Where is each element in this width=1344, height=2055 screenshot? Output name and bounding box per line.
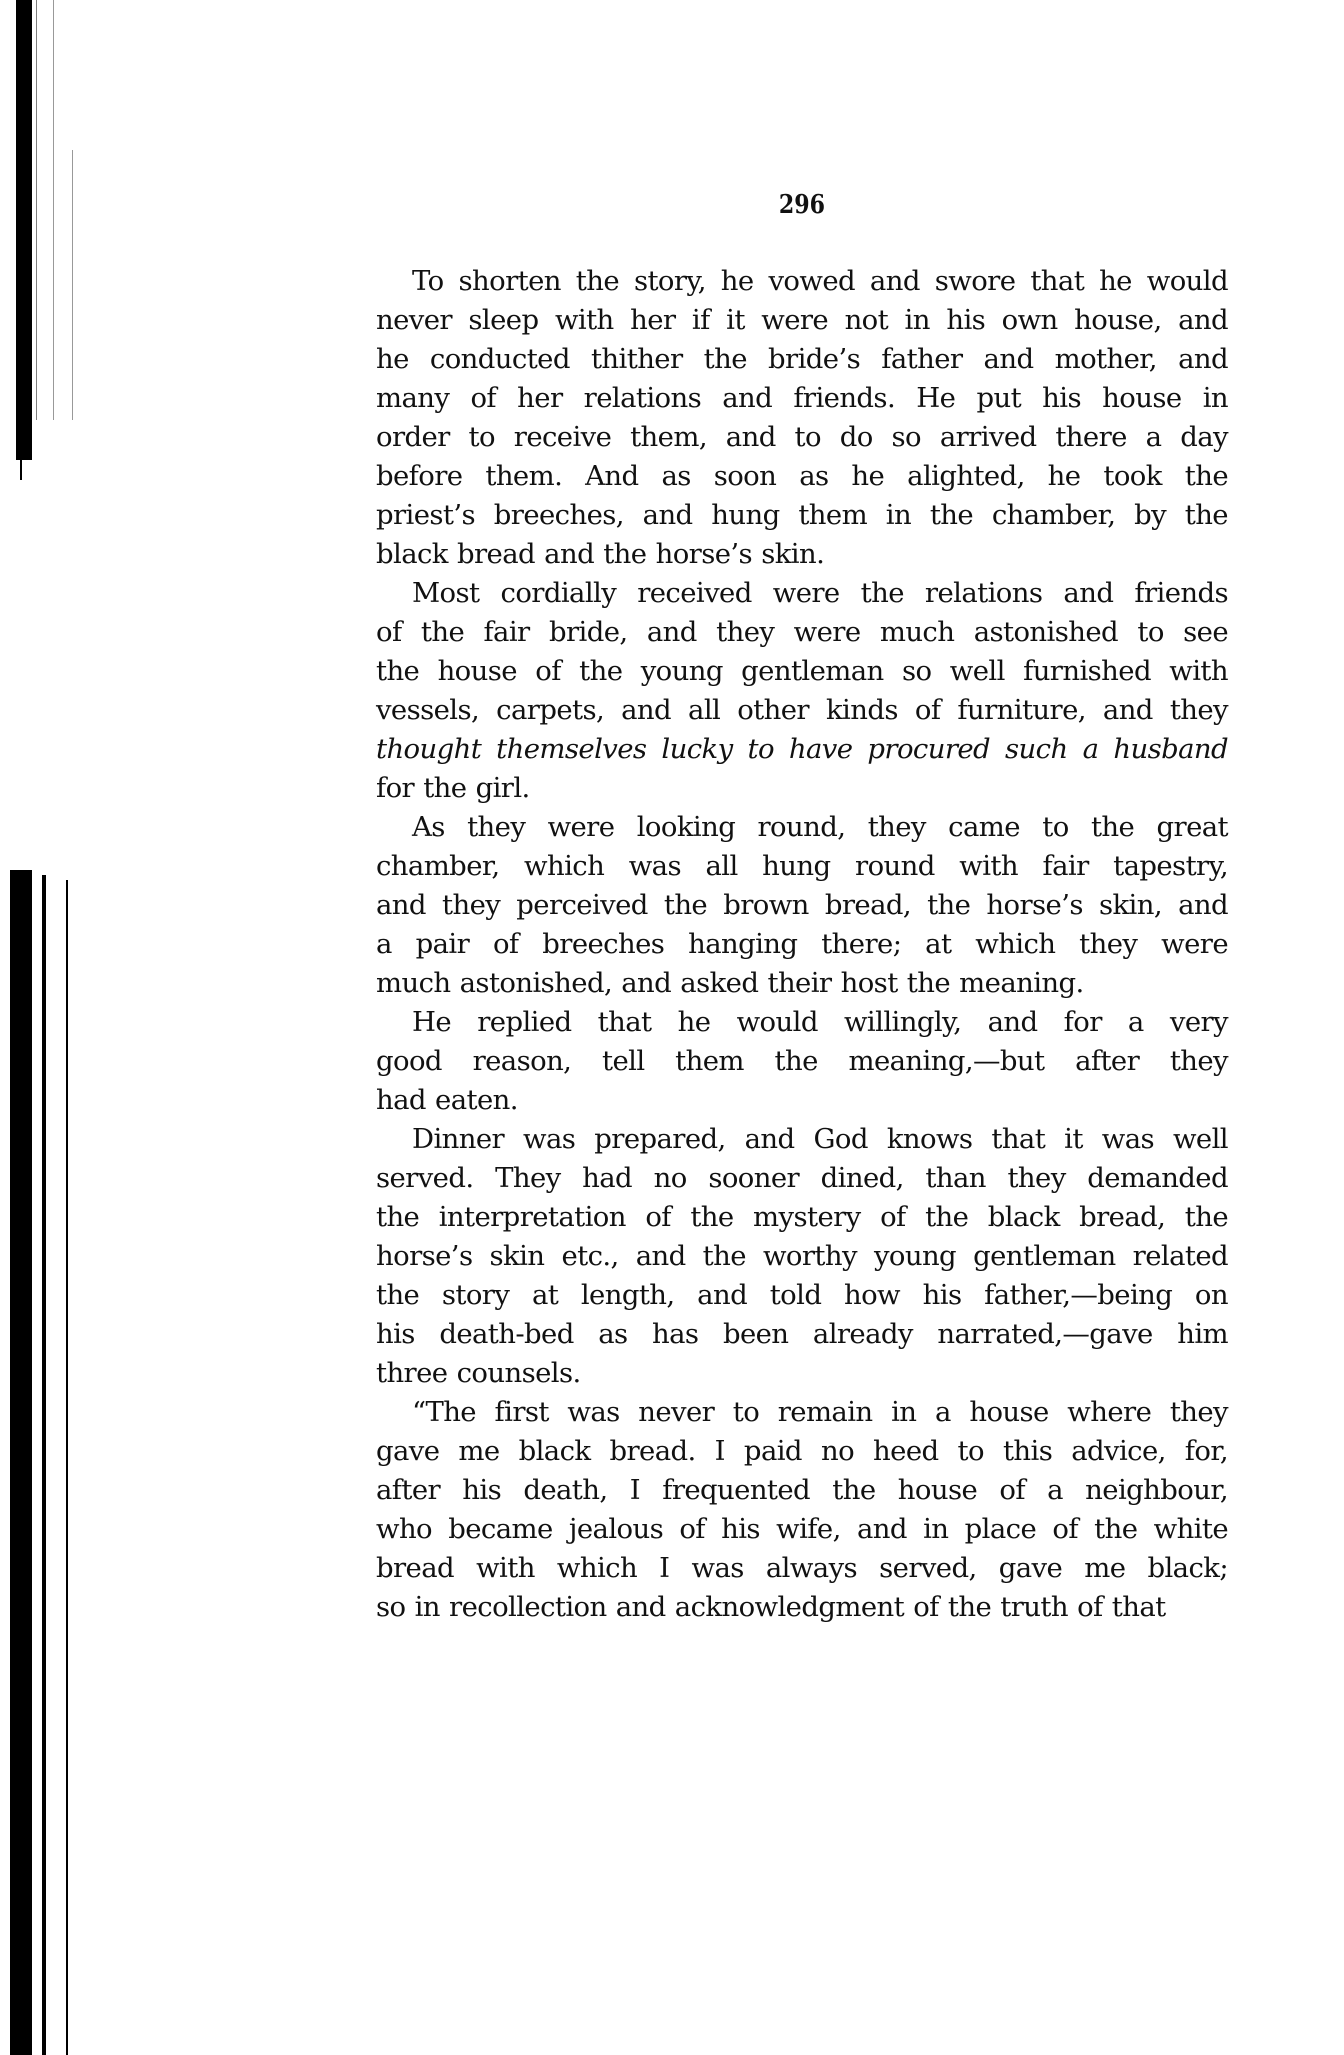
text-line: horse’s skin etc., and the worthy young … — [376, 1237, 1228, 1276]
text-line: and they perceived the brown bread, the … — [376, 886, 1228, 925]
paragraph: Dinner was prepared, and God knows that … — [376, 1120, 1228, 1393]
text-line: after his death, I frequented the house … — [376, 1471, 1228, 1510]
text-line: vessels, carpets, and all other kinds of… — [376, 691, 1228, 730]
text-line: gave me black bread. I paid no heed to t… — [376, 1432, 1228, 1471]
text-line: never sleep with her if it were not in h… — [376, 301, 1228, 340]
body-text: To shorten the story, he vowed and swore… — [376, 262, 1228, 1627]
text-line: served. They had no sooner dined, than t… — [376, 1159, 1228, 1198]
paragraph: He replied that he would willingly, and … — [376, 1003, 1228, 1120]
text-line: priest’s breeches, and hung them in the … — [376, 496, 1228, 535]
text-line: three counsels. — [376, 1354, 1228, 1393]
paragraph: To shorten the story, he vowed and swore… — [376, 262, 1228, 574]
text-line: order to receive them, and to do so arri… — [376, 418, 1228, 457]
text-line: As they were looking round, they came to… — [376, 808, 1228, 847]
text-line: the house of the young gentleman so well… — [376, 652, 1228, 691]
text-line: the interpretation of the mystery of the… — [376, 1198, 1228, 1237]
text-line: his death-bed as has been already narrat… — [376, 1315, 1228, 1354]
text-line: To shorten the story, he vowed and swore… — [376, 262, 1228, 301]
text-line: of the fair bride, and they were much as… — [376, 613, 1228, 652]
text-line: black bread and the horse’s skin. — [376, 535, 1228, 574]
text-line: many of her relations and friends. He pu… — [376, 379, 1228, 418]
paragraph: Most cordially received were the relatio… — [376, 574, 1228, 808]
text-line: good reason, tell them the meaning,—but … — [376, 1042, 1228, 1081]
paragraph: As they were looking round, they came to… — [376, 808, 1228, 1003]
page-number: 296 — [440, 190, 1164, 220]
text-line: so in recollection and acknowledgment of… — [376, 1588, 1228, 1627]
text-line: Dinner was prepared, and God knows that … — [376, 1120, 1228, 1159]
text-line: for the girl. — [376, 769, 1228, 808]
text-line: chamber, which was all hung round with f… — [376, 847, 1228, 886]
text-line: the story at length, and told how his fa… — [376, 1276, 1228, 1315]
text-line: much astonished, and asked their host th… — [376, 964, 1228, 1003]
text-line: had eaten. — [376, 1081, 1228, 1120]
text-line: before them. And as soon as he alighted,… — [376, 457, 1228, 496]
paragraph: “The first was never to remain in a hous… — [376, 1393, 1228, 1627]
text-line: “The first was never to remain in a hous… — [376, 1393, 1228, 1432]
text-line: He replied that he would willingly, and … — [376, 1003, 1228, 1042]
text-line: who became jealous of his wife, and in p… — [376, 1510, 1228, 1549]
text-line: a pair of breeches hanging there; at whi… — [376, 925, 1228, 964]
text-line: bread with which I was always served, ga… — [376, 1549, 1228, 1588]
scan-binding-shadow — [0, 0, 100, 2055]
text-line: he conducted thither the bride’s father … — [376, 340, 1228, 379]
text-line: Most cordially received were the relatio… — [376, 574, 1228, 613]
text-line: thought themselves lucky to have procure… — [376, 730, 1228, 769]
